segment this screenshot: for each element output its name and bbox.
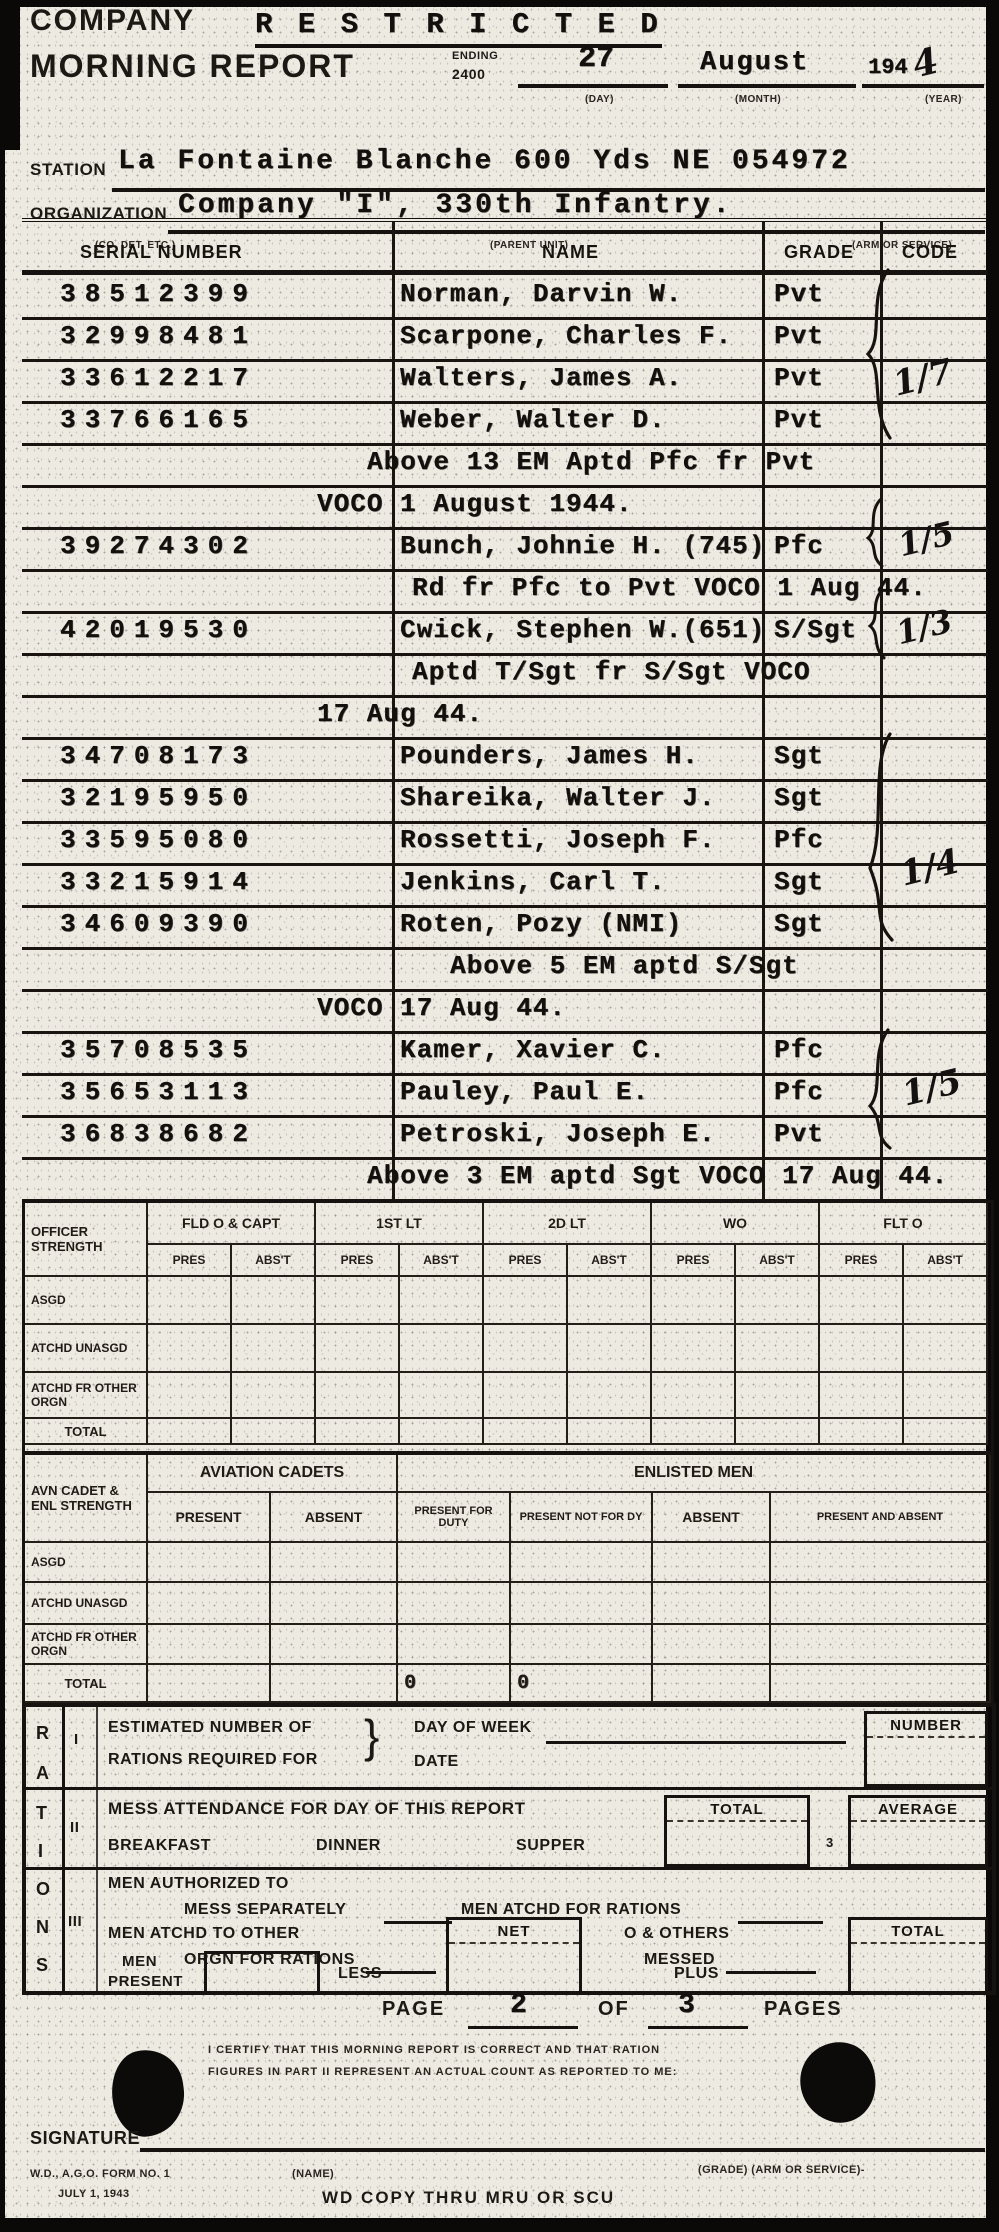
em-present-for-duty-header: PRESENT FOR DUTY xyxy=(398,1493,511,1543)
avn-cadet-corner: AVN CADET & ENL STRENGTH xyxy=(25,1455,148,1543)
men-present-line2: PRESENT xyxy=(108,1973,183,1990)
roster-note-row: Aptd T/Sgt fr S/Sgt VOCO xyxy=(22,653,988,698)
rations-numeral-2: II xyxy=(70,1819,80,1836)
pres-header: PRES xyxy=(820,1245,904,1277)
roster-row: 42019530 Cwick, Stephen W.(651) S/Sgt xyxy=(22,611,988,656)
year-caption: (YEAR) xyxy=(925,94,962,105)
col-header-serial: SERIAL NUMBER xyxy=(80,242,243,263)
grade-cell: Pvt xyxy=(774,321,824,351)
page-number-value: 2 xyxy=(510,1990,527,2021)
note-text: VOCO 1 August 1944. xyxy=(317,489,632,519)
row-label-atchd-fr-other: ATCHD FR OTHER ORGN xyxy=(25,1373,148,1419)
organization-value: Company "I", 330th Infantry. xyxy=(178,190,732,221)
name-cell: Roten, Pozy (NMI) xyxy=(400,909,682,939)
average-box: AVERAGE xyxy=(848,1795,988,1867)
roster-row: 32998481 Scarpone, Charles F. Pvt xyxy=(22,317,988,362)
company-label: COMPANY xyxy=(30,4,195,38)
rations-numeral-1: I xyxy=(74,1731,79,1748)
roster-row: 38512399 Norman, Darvin W. Pvt xyxy=(22,275,988,320)
grade-cell: Pfc xyxy=(774,825,824,855)
abst-header: ABS'T xyxy=(400,1245,484,1277)
less-label: LESS xyxy=(338,1965,382,1983)
roster-row: 33612217 Walters, James A. Pvt xyxy=(22,359,988,404)
date-month-line xyxy=(678,84,856,88)
row-label-atchd-unasgd: ATCHD UNASGD xyxy=(25,1325,148,1373)
group-enlisted-men: ENLISTED MEN xyxy=(398,1455,991,1493)
men-present-line1: MEN xyxy=(122,1953,157,1970)
of-label: OF xyxy=(598,1998,630,2021)
grade-cell: Pfc xyxy=(774,1035,824,1065)
brace-glyph: } xyxy=(364,1709,380,1763)
scan-edge-left xyxy=(0,0,5,2232)
date-day-line xyxy=(518,84,668,88)
serial-cell: 36838682 xyxy=(60,1119,257,1149)
name-cell: Jenkins, Carl T. xyxy=(400,867,666,897)
em-present-and-absent-header: PRESENT AND ABSENT xyxy=(771,1493,991,1543)
rations-letter: T xyxy=(36,1803,48,1824)
serial-cell: 34708173 xyxy=(60,741,257,771)
pages-label: PAGES xyxy=(764,1998,843,2021)
station-value: La Fontaine Blanche 600 Yds NE 054972 xyxy=(118,146,851,177)
serial-cell: 39274302 xyxy=(60,531,257,561)
roster-row: 34609390 Roten, Pozy (NMI) Sgt xyxy=(22,905,988,950)
col-header-grade: GRADE xyxy=(784,242,854,263)
ending-time: 2400 xyxy=(452,66,486,82)
grade-cell: Pvt xyxy=(774,1119,824,1149)
roster-row: 33595080 Rossetti, Joseph F. Pfc xyxy=(22,821,988,866)
abst-header: ABS'T xyxy=(568,1245,652,1277)
roster-note-row: Rd fr Pfc to Pvt VOCO 1 Aug 44. xyxy=(22,569,988,614)
name-cell: Kamer, Xavier C. xyxy=(400,1035,666,1065)
grade-arm-caption: (GRADE) (ARM OR SERVICE)- xyxy=(698,2164,865,2176)
grade-cell: S/Sgt xyxy=(774,615,857,645)
scan-edge-bottom xyxy=(0,2218,999,2232)
serial-cell: 34609390 xyxy=(60,909,257,939)
grade-cell: Sgt xyxy=(774,783,824,813)
note-text: 17 Aug 44. xyxy=(317,699,483,729)
group-flt-o: FLT O xyxy=(820,1203,988,1245)
pres-header: PRES xyxy=(652,1245,736,1277)
o-and-others-line1: O & OTHERS xyxy=(624,1925,730,1943)
grade-cell: Sgt xyxy=(774,741,824,771)
grade-cell: Pfc xyxy=(774,1077,824,1107)
men-atchd-for-rations-line xyxy=(738,1921,823,1924)
signature-label: SIGNATURE xyxy=(30,2128,140,2149)
officer-strength-table: OFFICER STRENGTH FLD O & CAPT 1ST LT 2D … xyxy=(22,1200,994,1454)
number-box-label: NUMBER xyxy=(867,1714,985,1738)
stray-mark: 3 xyxy=(826,1835,834,1850)
name-cell: Cwick, Stephen W.(651) xyxy=(400,615,765,645)
rations-letter: S xyxy=(36,1955,49,1976)
serial-cell: 38512399 xyxy=(60,279,257,309)
rations-row-divider xyxy=(26,1867,992,1870)
pres-header: PRES xyxy=(148,1245,232,1277)
group-aviation-cadets: AVIATION CADETS xyxy=(148,1455,398,1493)
estimated-line2: RATIONS REQUIRED FOR xyxy=(108,1751,318,1769)
date-year-printed: 194 xyxy=(868,55,908,80)
serial-cell: 33595080 xyxy=(60,825,257,855)
col-header-name: NAME xyxy=(542,242,599,263)
note-text: Rd fr Pfc to Pvt VOCO 1 Aug 44. xyxy=(412,573,927,603)
serial-cell: 33612217 xyxy=(60,363,257,393)
note-text: Above 13 EM Aptd Pfc fr Pvt xyxy=(367,447,815,477)
rations-total-box: TOTAL xyxy=(848,1917,988,1994)
name-cell: Pounders, James H. xyxy=(400,741,699,771)
row-label-asgd: ASGD xyxy=(25,1543,148,1583)
serial-cell: 32998481 xyxy=(60,321,257,351)
serial-cell: 42019530 xyxy=(60,615,257,645)
ink-blot-right xyxy=(793,2035,884,2129)
men-present-box xyxy=(204,1951,320,1994)
form-id-line2: JULY 1, 1943 xyxy=(58,2188,129,2200)
roster-row: 39274302 Bunch, Johnie H. (745) Pfc xyxy=(22,527,988,572)
roster-note-row: VOCO 17 Aug 44. xyxy=(22,989,988,1034)
row-label-atchd-fr-other: ATCHD FR OTHER ORGN xyxy=(25,1625,148,1665)
date-label: DATE xyxy=(414,1753,459,1771)
enlisted-strength-table: AVN CADET & ENL STRENGTH AVIATION CADETS… xyxy=(22,1452,994,1706)
dinner-label: DINNER xyxy=(316,1837,381,1855)
grade-cell: Pvt xyxy=(774,279,824,309)
certify-line2: FIGURES IN PART II REPRESENT AN ACTUAL C… xyxy=(208,2066,677,2078)
messed-line xyxy=(726,1971,816,1974)
rations-letter: A xyxy=(36,1763,50,1784)
roster-note-row: Above 5 EM aptd S/Sgt xyxy=(22,947,988,992)
certify-line1: I CERTIFY THAT THIS MORNING REPORT IS CO… xyxy=(208,2044,660,2056)
rations-letter: O xyxy=(36,1879,51,1900)
em-absent-header: ABSENT xyxy=(653,1493,771,1543)
net-box: NET xyxy=(446,1917,582,1994)
rations-letter: N xyxy=(36,1917,50,1938)
date-day-value: 27 xyxy=(578,42,614,76)
name-cell: Weber, Walter D. xyxy=(400,405,666,435)
grade-cell: Pvt xyxy=(774,363,824,393)
rations-row-divider xyxy=(26,1787,992,1790)
ink-blot-left xyxy=(106,2045,189,2140)
abst-header: ABS'T xyxy=(232,1245,316,1277)
row-label-total: TOTAL xyxy=(25,1419,148,1445)
grade-cell: Pvt xyxy=(774,405,824,435)
date-year-line xyxy=(862,84,984,88)
roster-row: 32195950 Shareika, Walter J. Sgt xyxy=(22,779,988,824)
cadets-absent-header: ABSENT xyxy=(271,1493,398,1543)
officer-strength-corner: OFFICER STRENGTH xyxy=(25,1203,148,1277)
day-caption: (DAY) xyxy=(585,94,614,105)
day-of-week-label: DAY OF WEEK xyxy=(414,1719,532,1737)
ending-label: ENDING xyxy=(452,50,498,62)
number-box: NUMBER xyxy=(864,1711,988,1787)
men-authorized-line2: MESS SEPARATELY xyxy=(184,1901,347,1919)
serial-cell: 35708535 xyxy=(60,1035,257,1065)
name-cell: Shareika, Walter J. xyxy=(400,783,715,813)
mess-attendance-label: MESS ATTENDANCE FOR DAY OF THIS REPORT xyxy=(108,1799,526,1819)
report-title: MORNING REPORT xyxy=(30,48,355,85)
total-present-not-for-duty-value: 0 xyxy=(511,1665,653,1703)
note-text: VOCO 17 Aug 44. xyxy=(317,993,566,1023)
average-box-label: AVERAGE xyxy=(851,1798,985,1822)
name-cell: Scarpone, Charles F. xyxy=(400,321,732,351)
rations-section: R A T I O N S I II III ESTIMATED NUMBER … xyxy=(22,1703,996,1995)
wd-copy-note: WD COPY THRU MRU OR SCU xyxy=(322,2188,615,2208)
name-cell: Pauley, Paul E. xyxy=(400,1077,649,1107)
roster-note-row: VOCO 1 August 1944. xyxy=(22,485,988,530)
name-cell: Rossetti, Joseph F. xyxy=(400,825,715,855)
serial-cell: 33766165 xyxy=(60,405,257,435)
em-present-not-for-duty-header: PRESENT NOT FOR DY xyxy=(511,1493,653,1543)
signature-line xyxy=(140,2148,985,2152)
date-month-value: August xyxy=(700,48,809,78)
mess-total-box: TOTAL xyxy=(664,1795,810,1867)
roster-row: 34708173 Pounders, James H. Sgt xyxy=(22,737,988,782)
station-label: STATION xyxy=(30,160,106,180)
row-label-total: TOTAL xyxy=(25,1665,148,1703)
group-2d-lt: 2D LT xyxy=(484,1203,652,1245)
page-number-line xyxy=(468,2026,578,2029)
roster-note-row: Above 13 EM Aptd Pfc fr Pvt xyxy=(22,443,988,488)
roster-row: 35653113 Pauley, Paul E. Pfc xyxy=(22,1073,988,1118)
serial-cell: 35653113 xyxy=(60,1077,257,1107)
name-cell: Bunch, Johnie H. (745) xyxy=(400,531,765,561)
roster-table: SERIAL NUMBER NAME GRADE CODE 38512399 N… xyxy=(22,218,988,1202)
form-id-line1: W.D., A.G.O. FORM NO. 1 xyxy=(30,2168,170,2180)
rations-divider xyxy=(62,1707,65,1991)
pres-header: PRES xyxy=(316,1245,400,1277)
serial-cell: 33215914 xyxy=(60,867,257,897)
rations-total-label: TOTAL xyxy=(851,1920,985,1944)
name-cell: Petroski, Joseph E. xyxy=(400,1119,715,1149)
morning-report-scan: COMPANY R E S T R I C T E D MORNING REPO… xyxy=(0,0,999,2232)
pages-total-line xyxy=(648,2026,748,2029)
supper-label: SUPPER xyxy=(516,1837,585,1855)
rations-letter: R xyxy=(36,1723,50,1744)
plus-label: PLUS xyxy=(674,1965,719,1983)
month-caption: (MONTH) xyxy=(735,94,781,105)
row-label-atchd-unasgd: ATCHD UNASGD xyxy=(25,1583,148,1625)
roster-row: 33215914 Jenkins, Carl T. Sgt xyxy=(22,863,988,908)
estimated-line1: ESTIMATED NUMBER OF xyxy=(108,1719,312,1737)
note-text: Aptd T/Sgt fr S/Sgt VOCO xyxy=(412,657,810,687)
mess-separately-line xyxy=(384,1921,452,1924)
row-label-asgd: ASGD xyxy=(25,1277,148,1325)
name-cell: Walters, James A. xyxy=(400,363,682,393)
group-1st-lt: 1ST LT xyxy=(316,1203,484,1245)
roster-note-row: Above 3 EM aptd Sgt VOCO 17 Aug 44. xyxy=(22,1157,988,1202)
cadets-present-header: PRESENT xyxy=(148,1493,271,1543)
grade-cell: Sgt xyxy=(774,909,824,939)
name-cell: Norman, Darvin W. xyxy=(400,279,682,309)
men-atchd-other-line1: MEN ATCHD TO OTHER xyxy=(108,1925,300,1943)
rations-numeral-3: III xyxy=(68,1913,82,1930)
roster-row: 36838682 Petroski, Joseph E. Pvt xyxy=(22,1115,988,1160)
grade-cell: Pfc xyxy=(774,531,824,561)
net-box-label: NET xyxy=(449,1920,579,1944)
rations-divider xyxy=(96,1707,98,1991)
breakfast-label: BREAKFAST xyxy=(108,1837,211,1855)
grade-cell: Sgt xyxy=(774,867,824,897)
page-label: PAGE xyxy=(382,1998,445,2021)
mess-total-label: TOTAL xyxy=(667,1798,807,1822)
roster-row: 35708535 Kamer, Xavier C. Pfc xyxy=(22,1031,988,1076)
group-wo: WO xyxy=(652,1203,820,1245)
serial-cell: 32195950 xyxy=(60,783,257,813)
men-authorized-line1: MEN AUTHORIZED TO xyxy=(108,1875,289,1893)
total-present-for-duty-value: 0 xyxy=(398,1665,511,1703)
day-of-week-line xyxy=(546,1741,846,1744)
pages-total-value: 3 xyxy=(678,1990,695,2021)
roster-note-row: 17 Aug 44. xyxy=(22,695,988,740)
abst-header: ABS'T xyxy=(904,1245,988,1277)
roster-row: 33766165 Weber, Walter D. Pvt xyxy=(22,401,988,446)
pres-header: PRES xyxy=(484,1245,568,1277)
date-year-handwritten: 4 xyxy=(908,40,942,87)
group-fldo-capt: FLD O & CAPT xyxy=(148,1203,316,1245)
rations-letter: I xyxy=(38,1841,44,1862)
abst-header: ABS'T xyxy=(736,1245,820,1277)
note-text: Above 5 EM aptd S/Sgt xyxy=(450,951,799,981)
name-caption: (NAME) xyxy=(292,2168,334,2180)
